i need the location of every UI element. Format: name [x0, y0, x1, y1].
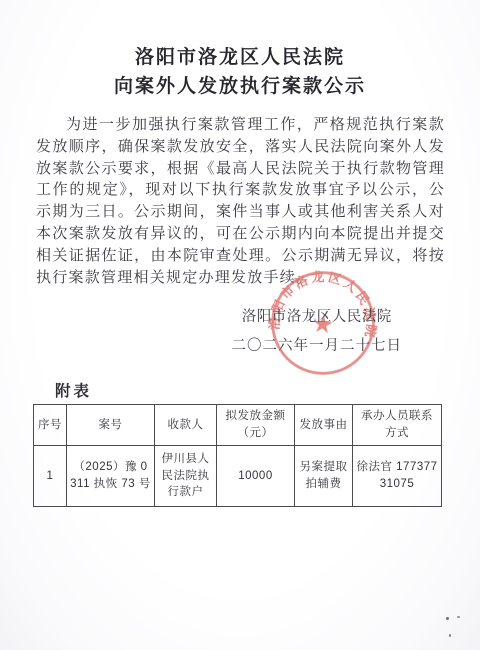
col-header-amount: 拟发放金额（元）: [217, 405, 295, 446]
col-header-contact: 承办人员联系方式: [353, 405, 442, 446]
cell-payee: 伊川县人 民法院执 行款户: [155, 446, 217, 507]
page-subtitle: 向案外人发放执行案款公示: [0, 71, 480, 98]
page-title: 洛阳市洛龙区人民法院: [0, 42, 480, 69]
cell-reason: 另案提取 拍辅费: [295, 446, 353, 507]
scan-artifact-dot: [449, 634, 451, 637]
cell-seq: 1: [34, 446, 67, 507]
col-header-payee: 收款人: [155, 405, 217, 446]
col-header-caseno: 案号: [67, 405, 155, 446]
col-header-reason: 发放事由: [295, 405, 353, 446]
col-header-seq: 序号: [34, 405, 67, 446]
cell-contact: 徐法官 17737731075: [353, 446, 442, 507]
cell-caseno: （2025）豫 0311 执恢 73 号: [67, 446, 155, 507]
table-header-row: 序号 案号 收款人 拟发放金额（元） 发放事由 承办人员联系方式: [34, 405, 442, 446]
scan-artifact-dot: [457, 616, 460, 618]
fund-distribution-table: 序号 案号 收款人 拟发放金额（元） 发放事由 承办人员联系方式 1 （2025…: [33, 404, 442, 507]
cell-amount: 10000: [217, 446, 295, 507]
signature-court-name: 洛阳市洛龙区人民法院: [232, 305, 403, 326]
signature-date: 二〇二六年一月二十七日: [232, 334, 403, 355]
table-row: 1 （2025）豫 0311 执恢 73 号 伊川县人 民法院执 行款户 100…: [34, 446, 442, 507]
scanned-court-notice: 洛阳市洛龙区人民法院 向案外人发放执行案款公示 为进一步加强执行案款管理工作，严…: [0, 0, 480, 650]
scan-artifact-dot: [446, 617, 449, 620]
signature-block: 洛阳市洛龙区人民法院 二〇二六年一月二十七日: [232, 305, 403, 355]
attachment-label: 附表: [55, 379, 92, 401]
notice-body: 为进一步加强执行案款管理工作，严格规范执行案款发放顺序，确保案款发放安全，落实人…: [36, 114, 445, 288]
